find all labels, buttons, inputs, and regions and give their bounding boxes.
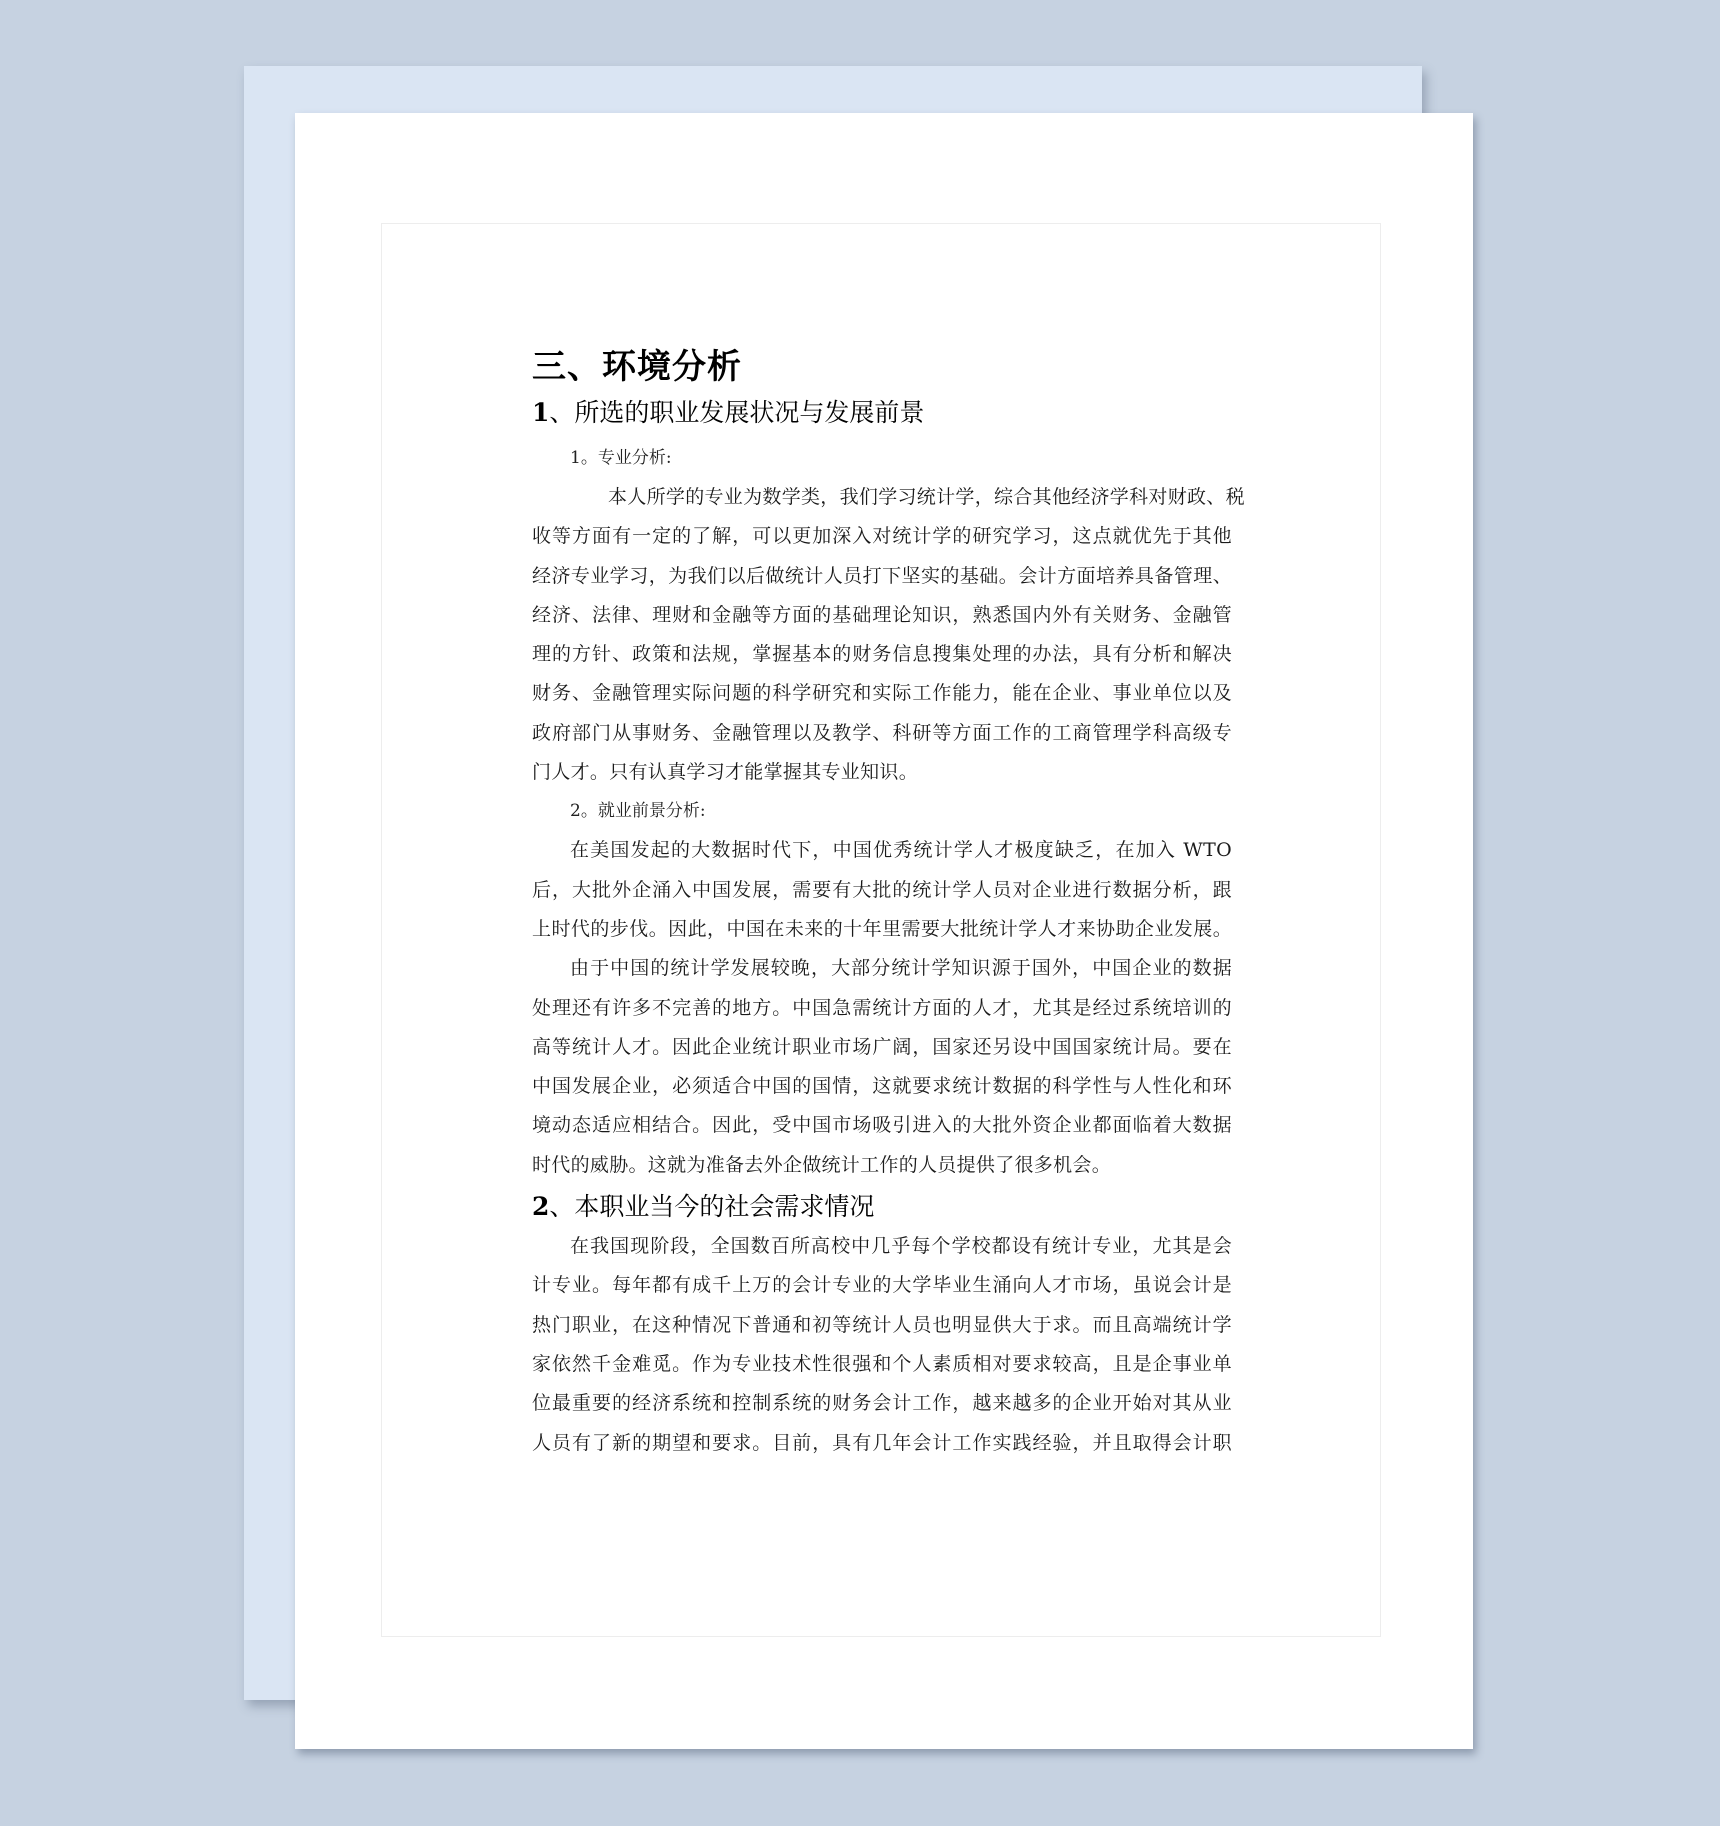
- text-line: 由于中国的统计学发展较晚，大部分统计学知识源于国外，中国企业的数据: [532, 949, 1232, 988]
- text-line: 收等方面有一定的了解，可以更加深入对统计学的研究学习，这点就优先于其他: [532, 517, 1232, 556]
- text-line: 经济、法律、理财和金融等方面的基础理论知识，熟悉国内外有关财务、金融管: [532, 596, 1232, 635]
- paragraph-social-demand: 在我国现阶段，全国数百所高校中几乎每个学校都设有统计专业，尤其是会 计专业。每年…: [532, 1227, 1232, 1463]
- text-line: 财务、金融管理实际问题的科学研究和实际工作能力，能在企业、事业单位以及: [532, 674, 1232, 713]
- subsection-number: 1: [532, 398, 549, 427]
- item-label-major-analysis: 1。专业分析:: [532, 439, 1232, 478]
- section-title: 三、环境分析: [532, 345, 1232, 389]
- text-line: 热门职业，在这种情况下普通和初等统计人员也明显供大于求。而且高端统计学: [532, 1306, 1232, 1345]
- paragraph-major-analysis: 本人所学的专业为数学类，我们学习统计学，综合其他经济学科对财政、税 收等方面有一…: [532, 478, 1232, 792]
- text-line: 处理还有许多不完善的地方。中国急需统计方面的人才，尤其是经过系统培训的: [532, 989, 1232, 1028]
- subsection-title: 、本职业当今的社会需求情况: [549, 1192, 874, 1221]
- text-line: 人员有了新的期望和要求。目前，具有几年会计工作实践经验，并且取得会计职: [532, 1424, 1232, 1463]
- document-body: 三、环境分析 1、所选的职业发展状况与发展前景 1。专业分析: 本人所学的专业为…: [532, 345, 1232, 1463]
- text-line: 在美国发起的大数据时代下，中国优秀统计学人才极度缺乏，在加入 WTO: [532, 831, 1232, 870]
- subsection-number: 2: [532, 1192, 549, 1221]
- text-line: 高等统计人才。因此企业统计职业市场广阔，国家还另设中国国家统计局。要在: [532, 1028, 1232, 1067]
- subsection-heading-2: 2、本职业当今的社会需求情况: [532, 1189, 1232, 1225]
- text-line: 中国发展企业，必须适合中国的国情，这就要求统计数据的科学性与人性化和环: [532, 1067, 1232, 1106]
- paragraph-employment-outlook: 在美国发起的大数据时代下，中国优秀统计学人才极度缺乏，在加入 WTO 后，大批外…: [532, 831, 1232, 949]
- text-line: 在我国现阶段，全国数百所高校中几乎每个学校都设有统计专业，尤其是会: [532, 1227, 1232, 1266]
- text-line: 境动态适应相结合。因此，受中国市场吸引进入的大批外资企业都面临着大数据: [532, 1106, 1232, 1145]
- front-page-sheet: 三、环境分析 1、所选的职业发展状况与发展前景 1。专业分析: 本人所学的专业为…: [295, 113, 1473, 1749]
- paragraph-statistics-development: 由于中国的统计学发展较晚，大部分统计学知识源于国外，中国企业的数据 处理还有许多…: [532, 949, 1232, 1185]
- text-line: 位最重要的经济系统和控制系统的财务会计工作，越来越多的企业开始对其从业: [532, 1384, 1232, 1423]
- text-line: 政府部门从事财务、金融管理以及教学、科研等方面工作的工商管理学科高级专: [532, 714, 1232, 753]
- text-line: 门人才。只有认真学习才能掌握其专业知识。: [532, 753, 1232, 792]
- text-line: 经济专业学习，为我们以后做统计人员打下坚实的基础。会计方面培养具备管理、: [532, 557, 1232, 596]
- subsection-heading-1: 1、所选的职业发展状况与发展前景: [532, 395, 1232, 431]
- text-line: 本人所学的专业为数学类，我们学习统计学，综合其他经济学科对财政、税: [532, 478, 1232, 517]
- subsection-title: 、所选的职业发展状况与发展前景: [549, 398, 924, 427]
- text-line: 计专业。每年都有成千上万的会计专业的大学毕业生涌向人才市场，虽说会计是: [532, 1266, 1232, 1305]
- text-line: 上时代的步伐。因此，中国在未来的十年里需要大批统计学人才来协助企业发展。: [532, 910, 1232, 949]
- item-label-employment-outlook: 2。就业前景分析:: [532, 792, 1232, 831]
- text-line: 家依然千金难觅。作为专业技术性很强和个人素质相对要求较高，且是企事业单: [532, 1345, 1232, 1384]
- text-line: 时代的威胁。这就为准备去外企做统计工作的人员提供了很多机会。: [532, 1146, 1232, 1185]
- text-line: 后，大批外企涌入中国发展，需要有大批的统计学人员对企业进行数据分析，跟: [532, 871, 1232, 910]
- text-line: 理的方针、政策和法规，掌握基本的财务信息搜集处理的办法，具有分析和解决: [532, 635, 1232, 674]
